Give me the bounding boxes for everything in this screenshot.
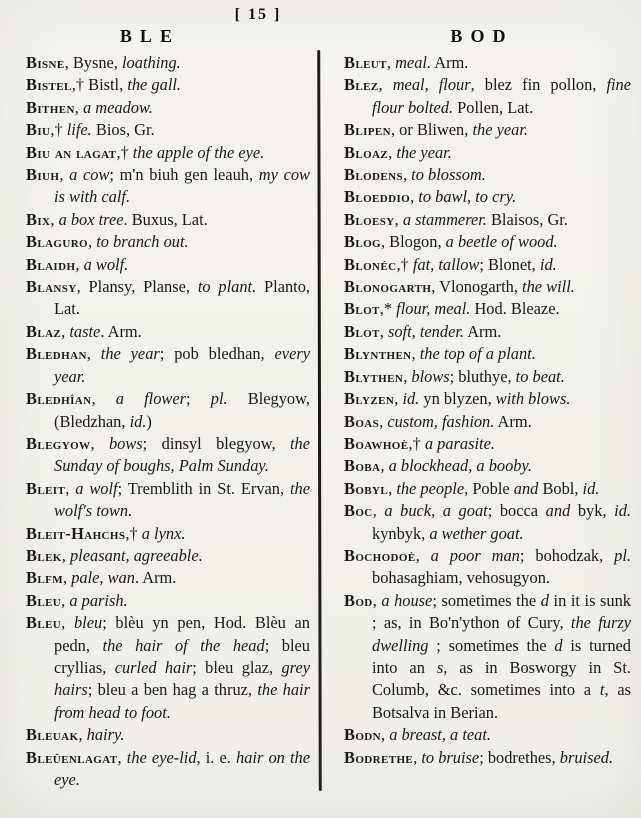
- entry-text: a meadow.: [83, 98, 153, 117]
- entry-text: ,: [75, 98, 83, 117]
- entry-text: to plant.: [198, 277, 256, 296]
- dictionary-entry: Boas, custom, fashion. Arm.: [344, 411, 631, 433]
- entry-text: fat, tallow: [413, 255, 479, 274]
- entry-text: ; bluthye,: [450, 367, 516, 386]
- entry-text: ,: [91, 389, 115, 408]
- left-column: Bisne, Bysne, loathing.Bistel,† Bistl, t…: [26, 52, 310, 791]
- entry-text: ; bocca: [488, 501, 546, 520]
- dictionary-entry: Bodrethe, to bruise; bodrethes, bruised.: [344, 747, 631, 769]
- dictionary-entry: Bloesy, a stammerer. Blaisos, Gr.: [344, 209, 631, 231]
- entry-text: ,: [78, 725, 86, 744]
- dictionary-entry: Blonéc,† fat, tallow; Blonet, id.: [344, 254, 631, 276]
- entry-text: a cow: [69, 165, 109, 184]
- entry-headword: Bodrethe: [344, 748, 413, 767]
- entry-text: to bruise: [421, 748, 479, 767]
- entry-text: , blez fin pollon,: [471, 75, 607, 94]
- entry-text: ,: [75, 255, 83, 274]
- dictionary-entry: Biuh, a cow; m'n biuh gen leauh, my cow …: [26, 164, 310, 209]
- dictionary-entry: Blot,* flour, meal. Hod. Bleaze.: [344, 298, 631, 320]
- entry-text: ; bodrethes,: [479, 748, 560, 767]
- dictionary-entry: Blaguro, to branch out.: [26, 231, 310, 253]
- dictionary-entry: Bloaz, the year.: [344, 142, 631, 164]
- column-divider-rule: [317, 50, 322, 791]
- entry-text: pale, wan: [71, 568, 135, 587]
- entry-headword: Blek: [26, 546, 62, 565]
- dictionary-entry: Bix, a box tree. Buxus, Lat.: [26, 209, 310, 231]
- entry-text: flour, meal.: [396, 299, 470, 318]
- entry-text: to blossom.: [411, 165, 486, 184]
- entry-text: ; sometimes the: [432, 591, 540, 610]
- dictionary-entry: Bleu, a parish.: [26, 590, 310, 612]
- entry-text: Bobl,: [538, 479, 582, 498]
- entry-text: Blaisos, Gr.: [487, 210, 568, 229]
- dictionary-entry: Bobyl, the people, Poble and Bobl, id.: [344, 478, 631, 500]
- entry-text: , Blogon,: [381, 232, 446, 251]
- entry-text: Arm.: [494, 412, 531, 431]
- entry-headword: Blog: [344, 232, 381, 251]
- entry-text: a parish.: [69, 591, 127, 610]
- entry-text: ; Tremblith in St. Ervan,: [118, 479, 290, 498]
- page-number: [ 15 ]: [118, 6, 398, 24]
- dictionary-entry: Blog, Blogon, a beetle of wood.: [344, 231, 631, 253]
- dictionary-entry: Bod, a house; sometimes the d in it is s…: [344, 590, 631, 724]
- entry-headword: Bloesy: [344, 210, 395, 229]
- entry-headword: Blot: [344, 322, 380, 341]
- entry-text: the eye-lid,: [127, 748, 201, 767]
- entry-headword: Biu: [26, 120, 50, 139]
- entry-text: d: [541, 591, 549, 610]
- dictionary-entry: Bochodoè, a poor man; bohodzak, pl. boha…: [344, 545, 631, 590]
- entry-text: bows: [109, 434, 143, 453]
- entry-text: . Arm.: [100, 322, 141, 341]
- entry-text: to branch out.: [96, 232, 188, 251]
- entry-text: the people: [396, 479, 464, 498]
- entry-headword: Blot: [344, 299, 380, 318]
- dictionary-entry: Bisne, Bysne, loathing.: [26, 52, 310, 74]
- entry-headword: Bisne: [26, 53, 65, 72]
- entry-text: ; sometimes the: [428, 636, 554, 655]
- entry-text: id.: [130, 412, 147, 431]
- entry-text: ,: [387, 53, 395, 72]
- entry-text: the year: [101, 344, 160, 363]
- entry-text: ,: [50, 210, 58, 229]
- entry-text: , Bysne,: [65, 53, 122, 72]
- entry-text: ,: [380, 322, 388, 341]
- dictionary-entry: Blegyow, bows; dinsyl blegyow, the Sunda…: [26, 433, 310, 478]
- entry-text: the apple of the eye.: [133, 143, 265, 162]
- entry-headword: Bleuak: [26, 725, 78, 744]
- dictionary-entry: Blonogarth, Vlonogarth, the will.: [344, 276, 631, 298]
- entry-headword: Bleûenlagat: [26, 748, 118, 767]
- entry-headword: Blynthen: [344, 344, 412, 363]
- entry-text: the gall.: [127, 75, 181, 94]
- entry-text: ,: [87, 344, 101, 363]
- dictionary-entry: Biu an lagat,† the apple of the eye.: [26, 142, 310, 164]
- entry-text: ; Blonet,: [479, 255, 540, 274]
- entry-headword: Bledhîan: [26, 389, 91, 408]
- dictionary-entry: Bodn, a breast, a teat.: [344, 724, 631, 746]
- entry-text: custom, fashion.: [387, 412, 494, 431]
- dictionary-entry: Boawhoè,† a parasite.: [344, 433, 631, 455]
- dictionary-entry: Bledhîan, a flower; pl. Blegyow, (Bledzh…: [26, 388, 310, 433]
- entry-text: Arm.: [464, 322, 501, 341]
- entry-text: ,*: [380, 299, 396, 318]
- entry-text: a stammerer.: [403, 210, 487, 229]
- entry-headword: Bochodoè: [344, 546, 416, 565]
- entry-text: a blockhead, a booby.: [389, 456, 532, 475]
- entry-headword: Bodn: [344, 725, 381, 744]
- entry-text: a breast, a teat.: [389, 725, 491, 744]
- entry-headword: Biuh: [26, 165, 59, 184]
- entry-text: curled hair: [115, 658, 193, 677]
- dictionary-entry: Blynthen, the top of a plant.: [344, 343, 631, 365]
- entry-text: taste: [69, 322, 100, 341]
- entry-text: to beat.: [516, 367, 565, 386]
- entry-headword: Blaguro: [26, 232, 88, 251]
- entry-text: a wolf.: [84, 255, 129, 274]
- entry-headword: Bledhan: [26, 344, 87, 363]
- entry-text: a parasite.: [425, 434, 495, 453]
- entry-headword: Blyzen: [344, 389, 394, 408]
- entry-text: loathing.: [122, 53, 181, 72]
- entry-text: a house: [381, 591, 432, 610]
- left-column-header: BLE: [30, 26, 270, 47]
- entry-text: a box tree: [59, 210, 124, 229]
- entry-text: ,: [65, 479, 75, 498]
- dictionary-entry: Bleûenlagat, the eye-lid, i. e. hair on …: [26, 747, 310, 792]
- entry-text: . Buxus, Lat.: [124, 210, 208, 229]
- entry-text: ,: [88, 232, 96, 251]
- right-column: Bleut, meal. Arm.Blez, meal, flour, blez…: [344, 52, 631, 769]
- entry-headword: Bix: [26, 210, 50, 229]
- entry-text: a beetle of wood.: [446, 232, 558, 251]
- entry-text: ): [146, 412, 151, 431]
- entry-headword: Blansy: [26, 277, 77, 296]
- entry-text: ,: [416, 546, 431, 565]
- entry-headword: Bloeddio: [344, 187, 410, 206]
- entry-text: , or Bliwen,: [391, 120, 473, 139]
- entry-headword: Blaidh: [26, 255, 75, 274]
- entry-headword: Bistel: [26, 75, 72, 94]
- entry-text: ,† Bistl,: [72, 75, 128, 94]
- entry-text: d: [554, 636, 562, 655]
- entry-text: pl.: [614, 546, 631, 565]
- entry-headword: Blaz: [26, 322, 61, 341]
- entry-text: blows: [411, 367, 449, 386]
- entry-text: pleasant, agreeable.: [70, 546, 203, 565]
- entry-headword: Boas: [344, 412, 379, 431]
- entry-headword: Boba: [344, 456, 380, 475]
- entry-text: ,: [118, 748, 127, 767]
- entry-text: ,: [61, 613, 74, 632]
- entry-text: i. e.: [201, 748, 236, 767]
- dictionary-entry: Biu,† life. Bios, Gr.: [26, 119, 310, 141]
- entry-text: a wether goat.: [429, 524, 523, 543]
- dictionary-entry: Blyzen, id. yn blyzen, with blows.: [344, 388, 631, 410]
- entry-text: ,†: [408, 434, 424, 453]
- entry-text: , Vlonogarth,: [431, 277, 522, 296]
- entry-text: , Plansy, Planse,: [77, 277, 198, 296]
- entry-text: the will.: [522, 277, 575, 296]
- entry-text: kynbyk,: [372, 524, 429, 543]
- entry-text: id.: [614, 501, 631, 520]
- entry-text: a lynx.: [142, 524, 186, 543]
- dictionary-entry: Blaz, taste. Arm.: [26, 321, 310, 343]
- dictionary-entry: Bledhan, the year; pob bledhan, every ye…: [26, 343, 310, 388]
- entry-text: meal.: [395, 53, 431, 72]
- entry-text: ,†: [116, 143, 132, 162]
- entry-text: a poor man: [431, 546, 520, 565]
- entry-headword: Boawhoè: [344, 434, 408, 453]
- entry-text: ,: [380, 456, 388, 475]
- entry-text: Pollen, Lat.: [453, 98, 533, 117]
- entry-text: ,: [373, 501, 385, 520]
- right-column-header: BOD: [352, 26, 612, 47]
- entry-headword: Blez: [344, 75, 379, 94]
- entry-text: Arm.: [431, 53, 468, 72]
- dictionary-entry: Blek, pleasant, agreeable.: [26, 545, 310, 567]
- entry-headword: Bloaz: [344, 143, 388, 162]
- entry-headword: Bleu: [26, 591, 61, 610]
- dictionary-page: [ 15 ] BLE BOD Bisne, Bysne, loathing.Bi…: [0, 0, 641, 818]
- dictionary-entry: Bleit-Hahchs,† a lynx.: [26, 523, 310, 545]
- dictionary-entry: Blodens, to blossom.: [344, 164, 631, 186]
- entry-text: a wolf: [75, 479, 117, 498]
- entry-headword: Biu an lagat: [26, 143, 116, 162]
- dictionary-entry: Bloeddio, to bawl, to cry.: [344, 186, 631, 208]
- entry-text: ,: [403, 165, 411, 184]
- dictionary-entry: Boba, a blockhead, a booby.: [344, 455, 631, 477]
- entry-text: and: [514, 479, 539, 498]
- entry-text: yn blyzen,: [419, 389, 495, 408]
- dictionary-entry: Blythen, blows; bluthye, to beat.: [344, 366, 631, 388]
- entry-headword: Bithen: [26, 98, 75, 117]
- entry-text: bleu: [74, 613, 102, 632]
- entry-text: ,: [412, 344, 420, 363]
- entry-text: ,†: [50, 120, 66, 139]
- entry-text: with blows.: [496, 389, 571, 408]
- entry-text: . Arm.: [135, 568, 176, 587]
- dictionary-entry: Bleuak, hairy.: [26, 724, 310, 746]
- entry-headword: Bod: [344, 591, 373, 610]
- entry-text: hairy.: [87, 725, 125, 744]
- dictionary-entry: Boc, a buck, a goat; bocca and byk, id. …: [344, 500, 631, 545]
- dictionary-entry: Blot, soft, tender. Arm.: [344, 321, 631, 343]
- entry-text: soft, tender.: [388, 322, 464, 341]
- entry-text: id.: [583, 479, 600, 498]
- entry-text: , Poble: [464, 479, 514, 498]
- entry-headword: Bleit-Hahchs: [26, 524, 125, 543]
- entry-text: bohasaghiam, vehosugyon.: [372, 568, 550, 587]
- entry-text: to bawl, to cry.: [418, 187, 516, 206]
- entry-headword: Boc: [344, 501, 373, 520]
- entry-text: bruised.: [560, 748, 613, 767]
- entry-headword: Blonogarth: [344, 277, 431, 296]
- entry-text: ,: [373, 591, 382, 610]
- entry-headword: Bleit: [26, 479, 65, 498]
- entry-text: a flower: [116, 389, 186, 408]
- entry-text: ,†: [396, 255, 412, 274]
- entry-text: meal, flour: [393, 75, 471, 94]
- dictionary-entry: Blansy, Plansy, Planse, to plant. Planto…: [26, 276, 310, 321]
- dictionary-entry: Blipen, or Bliwen, the year.: [344, 119, 631, 141]
- dictionary-entry: Blaidh, a wolf.: [26, 254, 310, 276]
- entry-text: the year.: [472, 120, 528, 139]
- entry-text: ,: [379, 75, 393, 94]
- entry-text: pl.: [211, 389, 228, 408]
- entry-text: Hod. Bleaze.: [470, 299, 559, 318]
- entry-text: ; m'n biuh gen leauh,: [109, 165, 258, 184]
- entry-text: life.: [67, 120, 92, 139]
- entry-headword: Bleu: [26, 613, 61, 632]
- dictionary-entry: Bleut, meal. Arm.: [344, 52, 631, 74]
- entry-text: ;: [186, 389, 211, 408]
- entry-text: the year.: [396, 143, 452, 162]
- entry-text: ,: [381, 725, 389, 744]
- entry-headword: Blfm: [26, 568, 63, 587]
- entry-headword: Blythen: [344, 367, 403, 386]
- entry-text: the top of a plant.: [420, 344, 536, 363]
- entry-text: ; bleu a ben hag a thruz,: [88, 680, 258, 699]
- entry-headword: Blodens: [344, 165, 403, 184]
- entry-text: ,: [63, 568, 71, 587]
- entry-headword: Blonéc: [344, 255, 396, 274]
- entry-text: a buck, a goat: [384, 501, 487, 520]
- dictionary-entry: Bleu, bleu; blèu yn pen, Hod. Blèu an pe…: [26, 612, 310, 724]
- entry-text: ; dinsyl blegyow,: [143, 434, 290, 453]
- entry-headword: Bleut: [344, 53, 387, 72]
- entry-headword: Bobyl: [344, 479, 388, 498]
- entry-text: id.: [540, 255, 557, 274]
- entry-text: ,: [62, 546, 70, 565]
- entry-text: ,: [59, 165, 69, 184]
- dictionary-entry: Blez, meal, flour, blez fin pollon, fine…: [344, 74, 631, 119]
- entry-text: ; bohodzak,: [520, 546, 614, 565]
- entry-text: ,†: [125, 524, 141, 543]
- entry-text: id.: [402, 389, 419, 408]
- entry-headword: Blipen: [344, 120, 391, 139]
- dictionary-entry: Bleit, a wolf; Tremblith in St. Ervan, t…: [26, 478, 310, 523]
- entry-text: and: [546, 501, 571, 520]
- entry-text: the hair of the head: [103, 636, 265, 655]
- dictionary-entry: Bithen, a meadow.: [26, 97, 310, 119]
- entry-text: ,: [395, 210, 403, 229]
- entry-headword: Blegyow: [26, 434, 90, 453]
- entry-text: ,: [90, 434, 109, 453]
- entry-text: ; pob bledhan,: [160, 344, 275, 363]
- entry-text: byk,: [570, 501, 614, 520]
- entry-text: Bios, Gr.: [92, 120, 155, 139]
- dictionary-entry: Blfm, pale, wan. Arm.: [26, 567, 310, 589]
- dictionary-entry: Bistel,† Bistl, the gall.: [26, 74, 310, 96]
- entry-text: ; bleu glaz,: [192, 658, 281, 677]
